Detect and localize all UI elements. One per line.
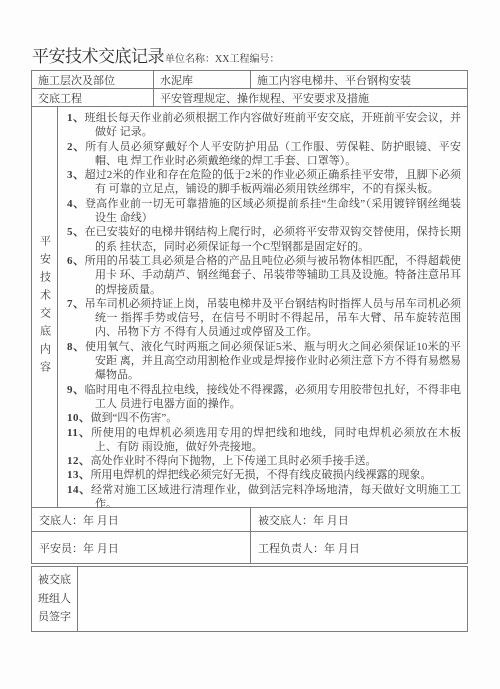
content-item: 2、所有人员必须穿戴好个人平安防护用品（工作服、劳保鞋、防护眼镜、平安帽、电 焊… [67,140,461,169]
item-text: 所用的吊装工具必须是合格的产品且吨位必须与被吊物体相匹配，不得超载使用卡 环、手… [85,255,461,296]
content-item: 5、在已安装好的电梯井钢结构上爬行时，必须将平安带双钩交替使用，保持长期的系 挂… [67,225,461,254]
item-number: 2、 [67,141,85,153]
item-text: 所使用的电焊机必须选用专用的焊把线和地线，同时电焊机必须放在木板上、有防 雨设施… [91,427,461,453]
safety-officer-date-field: 平安员：年 月日 [32,532,251,563]
content-item: 10、做到“四不伤害”。 [67,411,461,425]
content-item: 1、班组长每天作业前必须根据工作内容做好班前平安交底，开班前平安会议，并做好 记… [67,111,461,140]
content-item: 14、经常对施工区域进行清理作业，做到活完料净场地清，每天做好文明施工工作。 [67,483,461,507]
main-form-table: 施工层次及部位 水泥库 施工内容电梯井、平台钢构安装 交底工程 平安管理规定、操… [31,70,468,564]
document-page: 平安技术交底记录 单位名称：XX工程编号： 施工层次及部位 水泥库 施工内容电梯… [0,0,500,689]
content-item: 7、吊车司机必须持证上岗，吊装电梯井及平台钢结构时指挥人员与吊车司机必须统一 指… [67,297,461,340]
item-text: 所用电焊机的焊把线必须完好无损，不得有线皮破损内线裸露的现象。 [91,469,432,481]
item-number: 5、 [67,226,85,238]
value-construction-content: 施工内容电梯井、平台钢构安装 [251,71,467,88]
disclosure-content-list: 1、班组长每天作业前必须根据工作内容做好班前平安交底，开班前平安会议，并做好 记… [58,107,467,507]
item-text: 临时用电不得乱拉电线，接线处不得裸露，必须用专用胶带包扎好，不得非电工人 员进行… [85,384,461,410]
item-number: 3、 [67,169,85,181]
content-item: 11、所使用的电焊机必须选用专用的焊把线和地线，同时电焊机必须放在木板上、有防 … [67,426,461,455]
item-number: 13、 [67,469,91,481]
content-item: 6、所用的吊装工具必须是合格的产品且吨位必须与被吊物体相匹配，不得超载使用卡 环… [67,254,461,297]
item-text: 超过2米的作业和存在危险的低于2米的作业必须正确系挂平安带，且脚下必须有 可靠的… [85,169,461,195]
item-number: 14、 [67,484,91,496]
content-item: 9、临时用电不得乱拉电线，接线处不得裸露，必须用专用胶带包扎好，不得非电工人 员… [67,383,461,412]
team-sign-label-cell: 被交底班组人员签字 [32,567,78,631]
signature-row-briefer: 交底人：年 月日 被交底人：年 月日 [32,508,467,532]
unit-name-and-project-number: 单位名称：XX工程编号： [165,50,279,65]
page-title: 平安技术交底记录 [32,42,164,67]
team-signature-table: 被交底班组人员签字 [31,566,468,632]
label-disclosure-project: 交底工程 [32,89,154,106]
item-number: 11、 [67,427,91,439]
item-number: 1、 [67,112,85,124]
team-sign-label: 被交底班组人员签字 [38,571,72,627]
item-text: 做到“四不伤害”。 [91,412,178,424]
item-number: 6、 [67,255,85,267]
briefee-date-field: 被交底人：年 月日 [251,508,467,531]
item-text: 吊车司机必须持证上岗，吊装电梯井及平台钢结构时指挥人员与吊车司机必须统一 指挥手… [85,298,461,339]
info-row-location: 施工层次及部位 水泥库 施工内容电梯井、平台钢构安装 [32,71,467,89]
item-text: 登高作业前一切无可靠措施的区域必须提前系挂“生命线”（采用镀锌钢丝绳装设生 命线… [85,198,461,224]
side-label-text: 平安技术交底内容 [37,235,53,379]
info-row-disclosure-project: 交底工程 平安管理规定、操作规程、平安要求及措施 [32,89,467,107]
item-number: 12、 [67,455,91,467]
item-text: 班组长每天作业前必须根据工作内容做好班前平安交底，开班前平安会议，并做好 记录。 [85,112,461,138]
vertical-side-label: 平安技术交底内容 [32,107,58,507]
content-item: 4、登高作业前一切无可靠措施的区域必须提前系挂“生命线”（采用镀锌钢丝绳装设生 … [67,197,461,226]
signature-row-officer: 平安员：年 月日 工程负责人：年 月日 [32,532,467,563]
content-item: 12、高处作业时不得向下抛物，上下传递工具时必须手接手送。 [67,454,461,468]
item-text: 所有人员必须穿戴好个人平安防护用品（工作服、劳保鞋、防护眼镜、平安帽、电 焊工作… [85,141,461,167]
item-number: 9、 [67,384,85,396]
item-number: 10、 [67,412,91,424]
item-number: 7、 [67,298,85,310]
value-disclosure-project: 平安管理规定、操作规程、平安要求及措施 [154,89,467,106]
item-number: 8、 [67,341,85,353]
item-text: 经常对施工区域进行清理作业，做到活完料净场地清，每天做好文明施工工作。 [91,484,461,507]
team-sign-blank-area [78,567,467,631]
content-item: 13、所用电焊机的焊把线必须完好无损，不得有线皮破损内线裸露的现象。 [67,468,461,482]
item-number: 4、 [67,198,85,210]
document-header: 平安技术交底记录 单位名称：XX工程编号： [32,42,480,67]
content-item: 8、使用氧气、液化气时两瓶之间必须保证5米、瓶与明火之间必须保证10米的平安距 … [67,340,461,383]
item-text: 在已安装好的电梯井钢结构上爬行时，必须将平安带双钩交替使用，保持长期的系 挂状态… [85,226,461,252]
content-row: 平安技术交底内容 1、班组长每天作业前必须根据工作内容做好班前平安交底，开班前平… [32,107,467,508]
item-text: 高处作业时不得向下抛物，上下传递工具时必须手接手送。 [91,455,377,467]
content-item: 3、超过2米的作业和存在危险的低于2米的作业必须正确系挂平安带，且脚下必须有 可… [67,168,461,197]
briefer-date-field: 交底人：年 月日 [32,508,251,531]
label-construction-layer: 施工层次及部位 [32,71,154,88]
project-leader-date-field: 工程负责人：年 月日 [251,532,467,563]
value-cement-silo: 水泥库 [154,71,251,88]
item-text: 使用氧气、液化气时两瓶之间必须保证5米、瓶与明火之间必须保证10米的平安距 离，… [85,341,461,382]
